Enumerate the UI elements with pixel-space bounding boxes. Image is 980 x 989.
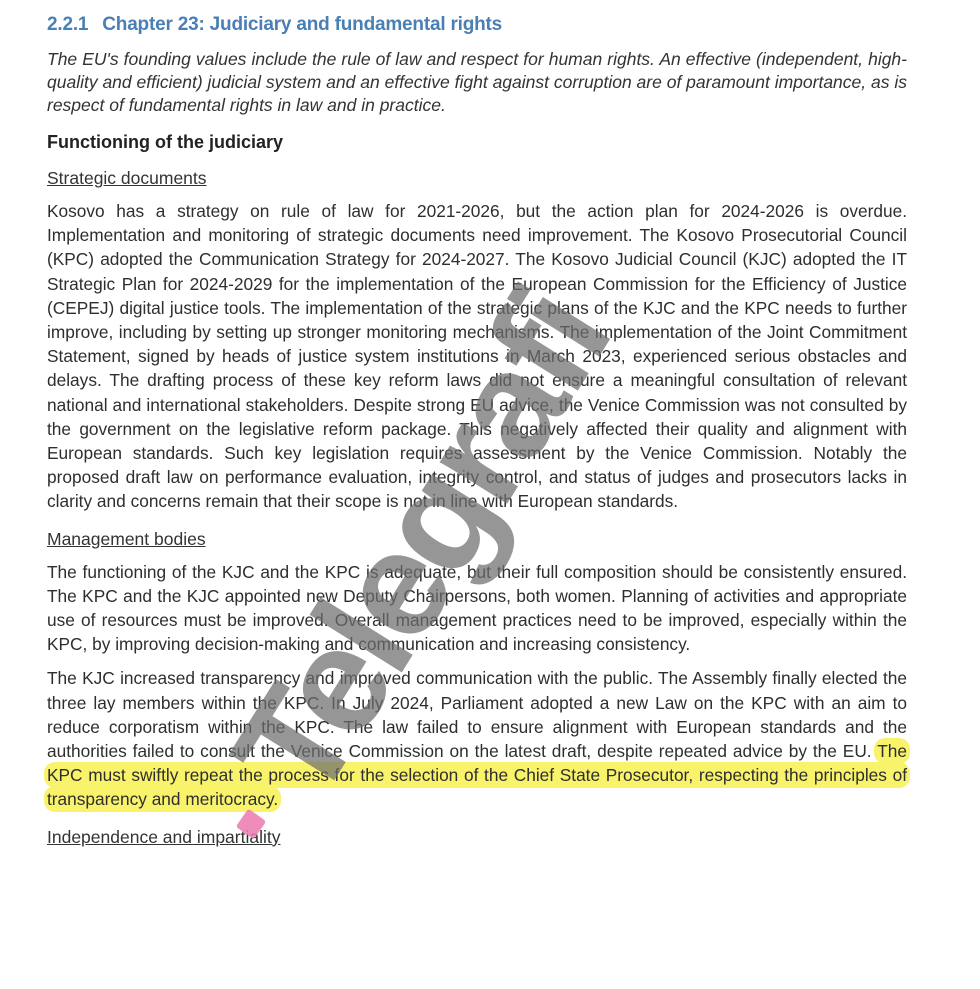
intro-paragraph: The EU's founding values include the rul… [47,48,907,117]
subheading-functioning-judiciary: Functioning of the judiciary [47,131,907,153]
subsection-title-strategic-documents: Strategic documents [47,167,907,189]
paragraph-plain-text: The KJC increased transparency and impro… [47,668,907,761]
paragraph-strategic-documents: Kosovo has a strategy on rule of law for… [47,199,907,514]
document-page: 2.2.1Chapter 23: Judiciary and fundament… [47,0,907,848]
section-title: Chapter 23: Judiciary and fundamental ri… [102,14,502,35]
section-number: 2.2.1 [47,14,88,35]
section-heading: 2.2.1Chapter 23: Judiciary and fundament… [47,14,907,36]
subsection-title-independence: Independence and impartiality [47,826,907,848]
paragraph-management-bodies-2: The KJC increased transparency and impro… [47,666,907,811]
paragraph-management-bodies-1: The functioning of the KJC and the KPC i… [47,560,907,657]
subsection-title-management-bodies: Management bodies [47,528,907,550]
